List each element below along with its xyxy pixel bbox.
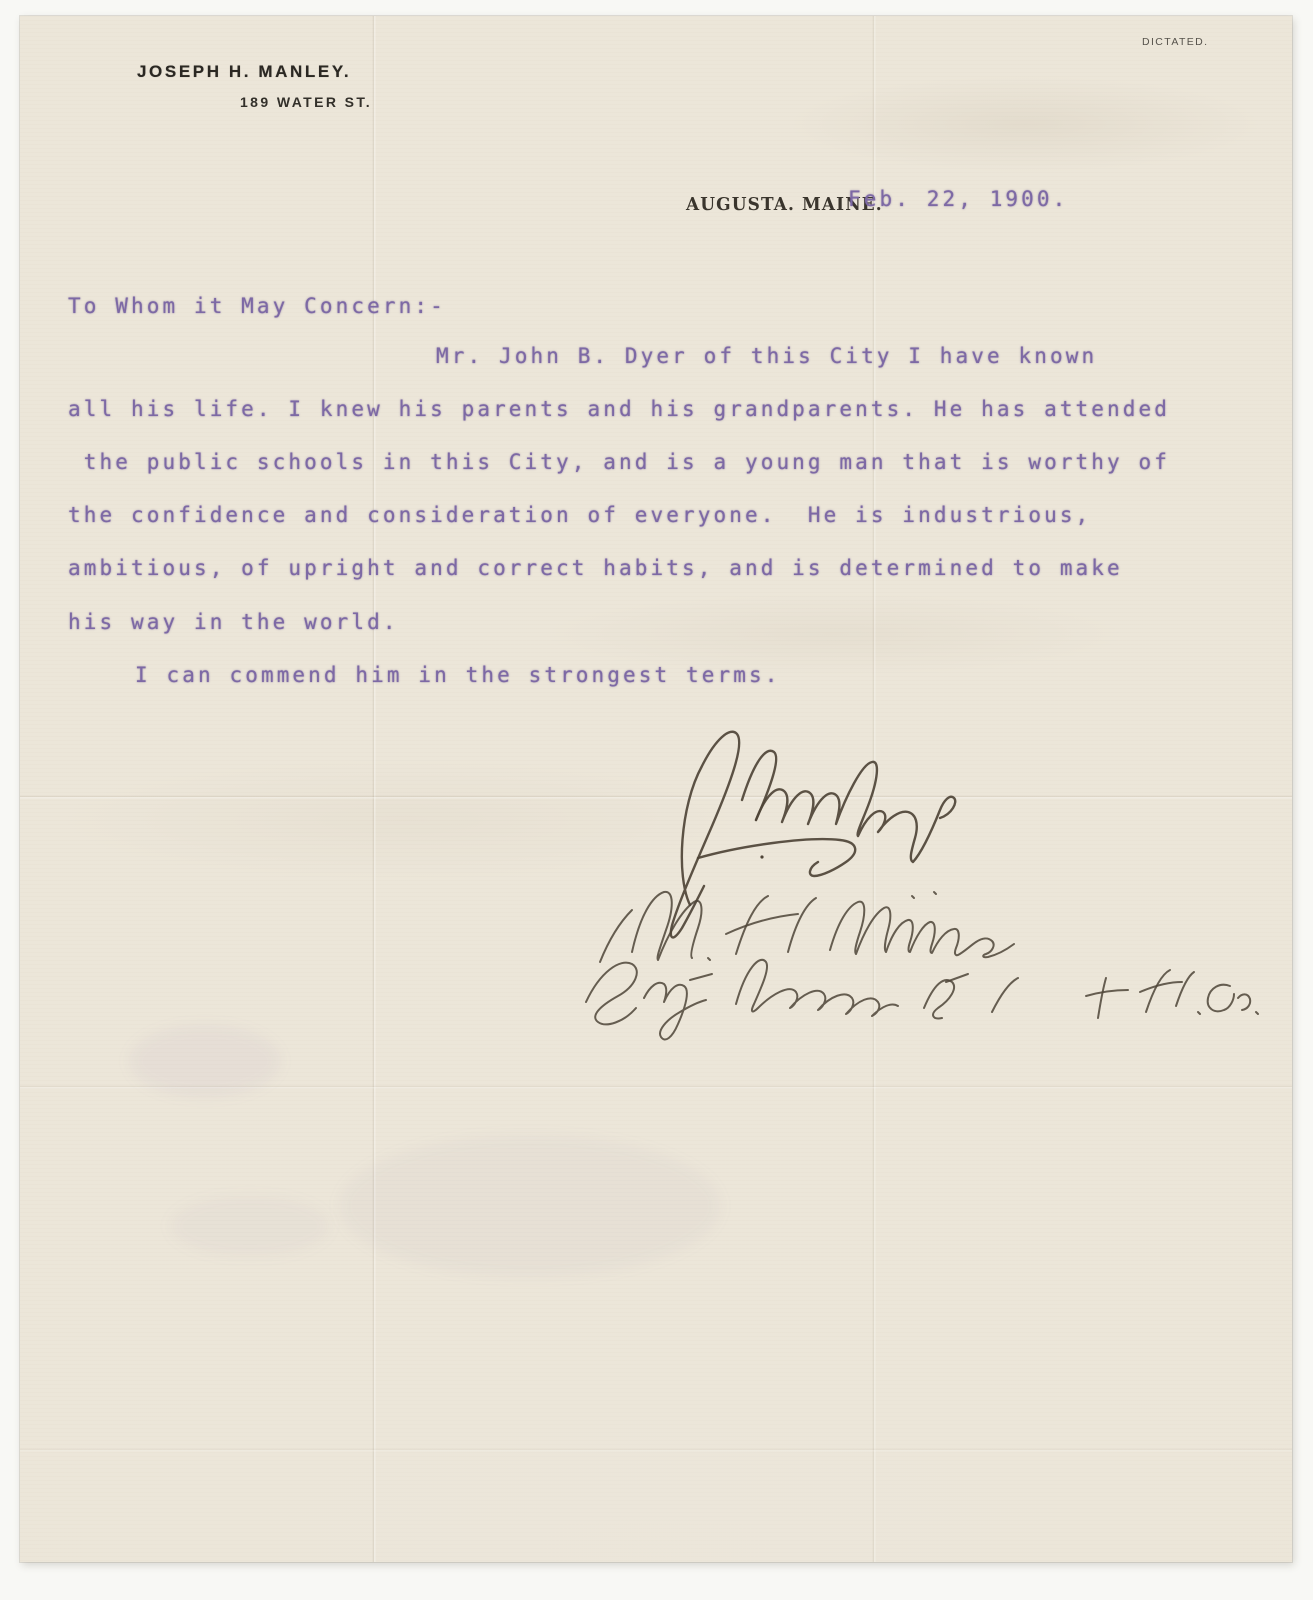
williams-title-script [586, 960, 1258, 1040]
body-line: ambitious, of upright and correct habits… [68, 556, 1123, 581]
dateline-date: Feb. 22, 1900. [848, 187, 1068, 212]
ink-bleed-mark [170, 1196, 330, 1256]
letterhead-name: JOSEPH H. MANLEY. [137, 62, 351, 82]
ink-bleed-mark [340, 1136, 720, 1276]
letterhead-address: 189 WATER ST. [240, 94, 372, 110]
ink-bleed-mark [130, 1026, 280, 1096]
body-line: the confidence and consideration of ever… [68, 503, 1091, 528]
vertical-fold-crease [372, 16, 376, 1562]
body-line: Mr. John B. Dyer of this City I have kno… [436, 344, 1097, 369]
scanned-letter: JOSEPH H. MANLEY. 189 WATER ST. DICTATED… [0, 0, 1313, 1600]
signature-block: J H Manley W. H. Williams Supt Kennebec … [540, 700, 1260, 1045]
williams-signature [600, 892, 1014, 962]
body-line: all his life. I knew his parents and his… [68, 397, 1170, 422]
body-line: his way in the world. [68, 610, 399, 635]
manley-signature [671, 732, 955, 938]
body-line: the public schools in this City, and is … [68, 450, 1170, 475]
horizontal-fold-crease [20, 1448, 1292, 1452]
horizontal-fold-crease [20, 1085, 1292, 1089]
letter-paper: JOSEPH H. MANLEY. 189 WATER ST. DICTATED… [20, 16, 1292, 1562]
dictated-stamp: DICTATED. [1142, 36, 1208, 48]
salutation: To Whom it May Concern:- [68, 294, 446, 319]
body-line: I can commend him in the strongest terms… [135, 663, 780, 688]
